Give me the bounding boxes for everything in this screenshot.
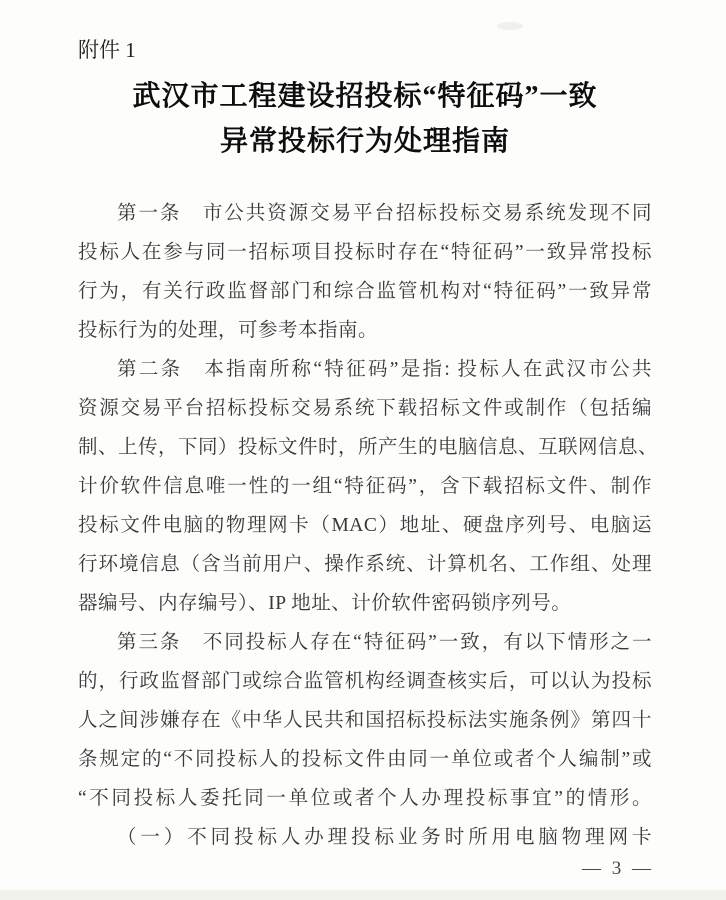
body-line: 的，行政监督部门或综合监管机构经调查核实后，可以认为投标 <box>78 662 652 701</box>
body-line: “不同投标人委托同一单位或者个人办理投标事宜”的情形。 <box>78 779 652 818</box>
body-line: 人之间涉嫌存在《中华人民共和国招标投标法实施条例》第四十 <box>78 701 652 740</box>
document-body: 第一条 市公共资源交易平台招标投标交易系统发现不同 投标人在参与同一招标项目投标… <box>78 194 652 857</box>
body-line: 投标文件电脑的物理网卡（MAC）地址、硬盘序列号、电脑运 <box>78 506 652 545</box>
body-line: 第二条 本指南所称“特征码”是指: 投标人在武汉市公共 <box>78 350 652 389</box>
body-line: 条规定的“不同投标人的投标文件由同一单位或者个人编制”或 <box>78 740 652 779</box>
body-line: 投标人在参与同一招标项目投标时存在“特征码”一致异常投标 <box>78 233 652 272</box>
document-title: 武汉市工程建设招投标“特征码”一致 异常投标行为处理指南 <box>78 74 652 164</box>
page-number: — 3 — <box>582 858 654 880</box>
document-page: 附件 1 武汉市工程建设招投标“特征码”一致 异常投标行为处理指南 第一条 市公… <box>0 0 726 900</box>
scan-artifact-bottom-edge <box>0 890 726 900</box>
scan-artifact-smudge <box>497 22 523 30</box>
body-line: 行为，有关行政监督部门和综合监管机构对“特征码”一致异常 <box>78 272 652 311</box>
body-line: 资源交易平台招标投标交易系统下载招标文件或制作（包括编 <box>78 389 652 428</box>
body-line: 第三条 不同投标人存在“特征码”一致，有以下情形之一 <box>78 623 652 662</box>
body-line: （一）不同投标人办理投标业务时所用电脑物理网卡 <box>78 818 652 857</box>
body-line: 计价软件信息唯一性的一组“特征码”，含下载招标文件、制作 <box>78 467 652 506</box>
title-line-2: 异常投标行为处理指南 <box>78 119 652 164</box>
attachment-label: 附件 1 <box>78 34 652 64</box>
title-line-1: 武汉市工程建设招投标“特征码”一致 <box>78 74 652 119</box>
body-line: 第一条 市公共资源交易平台招标投标交易系统发现不同 <box>78 194 652 233</box>
body-line: 投标行为的处理，可参考本指南。 <box>78 311 652 350</box>
body-line: 器编号、内存编号）、IP 地址、计价软件密码锁序列号。 <box>78 584 652 623</box>
body-line: 制、上传，下同）投标文件时，所产生的电脑信息、互联网信息、 <box>78 428 652 467</box>
body-line: 行环境信息（含当前用户、操作系统、计算机名、工作组、处理 <box>78 545 652 584</box>
